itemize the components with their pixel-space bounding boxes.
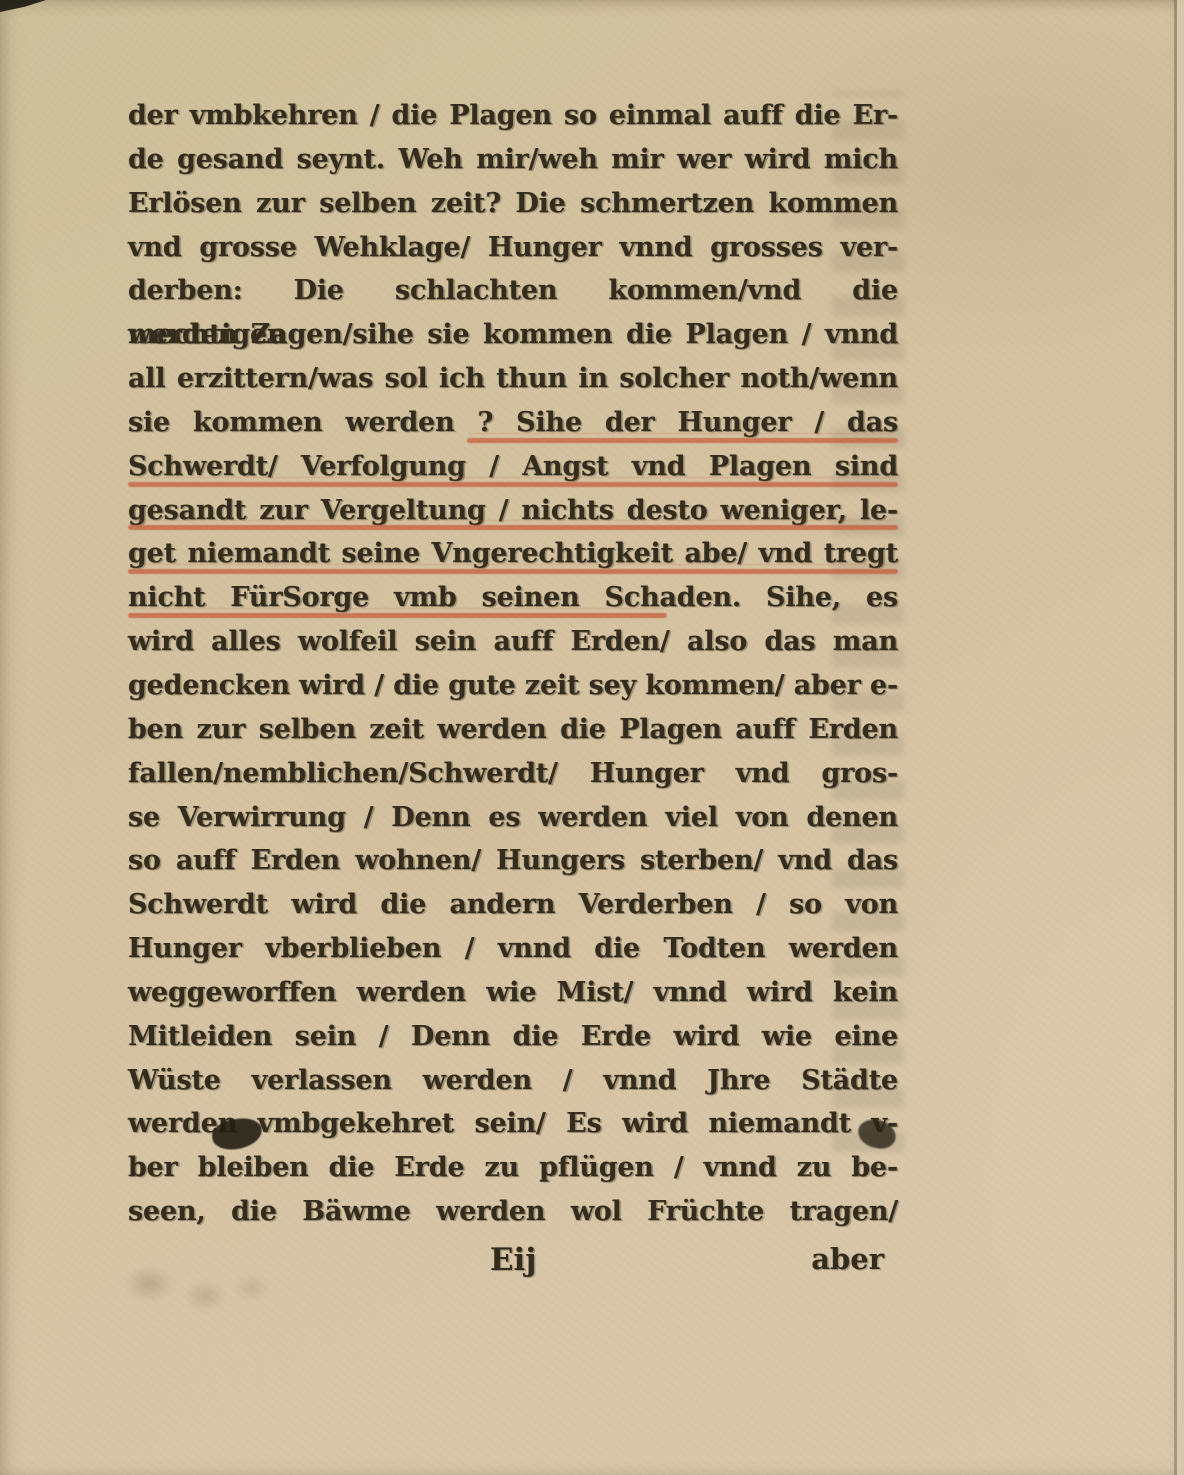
catchword: aber [811, 1242, 884, 1276]
text-line: Schwerdt wird die andern Verderben / so … [128, 883, 898, 927]
text-line: seen, die Bäwme werden wol Früchte trage… [128, 1190, 898, 1234]
text-line: Wüste verlassen werden / vnnd Jhre Städt… [128, 1059, 898, 1103]
scanned-page: der vmbkehren / die Plagen so einmal auf… [0, 0, 1184, 1475]
text-line: wird alles wolfeil sein auff Erden/ also… [128, 620, 898, 664]
text-line: Hunger vberblieben / vnnd die Todten wer… [128, 927, 898, 971]
text-line: se Verwirrung / Denn es werden viel von … [128, 796, 898, 840]
text-line: gesandt zur Vergeltung / nichts desto we… [128, 489, 898, 533]
red-underline [128, 613, 667, 618]
text-line: de gesand seynt. Weh mir/weh mir wer wir… [128, 138, 898, 182]
red-underline [128, 569, 898, 574]
text-line: fallen/nemblichen/Schwerdt/ Hunger vnd g… [128, 752, 898, 796]
text-line: ben zur selben zeit werden die Plagen au… [128, 708, 898, 752]
text-block: der vmbkehren / die Plagen so einmal auf… [128, 94, 898, 1234]
red-underline [467, 438, 898, 443]
scan-corner-artifact [0, 0, 46, 12]
text-line: Mitleiden sein / Denn die Erde wird wie … [128, 1015, 898, 1059]
text-line: vnd grosse Wehklage/ Hunger vnnd grosses… [128, 226, 898, 270]
signature-mark: Eij [490, 1242, 537, 1278]
text-line: der vmbkehren / die Plagen so einmal auf… [128, 94, 898, 138]
text-line: sie kommen werden ? Sihe der Hunger / da… [128, 401, 898, 445]
text-line: weggeworffen werden wie Mist/ vnnd wird … [128, 971, 898, 1015]
text-line: Erlösen zur selben zeit? Die schmertzen … [128, 182, 898, 226]
red-underline [128, 525, 898, 530]
text-line: ber bleiben die Erde zu pflügen / vnnd z… [128, 1146, 898, 1190]
text-line: all erzittern/was sol ich thun in solche… [128, 357, 898, 401]
page-edge-line [1174, 0, 1177, 1475]
text-line: so auff Erden wohnen/ Hungers sterben/ v… [128, 839, 898, 883]
red-underline [128, 482, 898, 487]
text-line: derben: Die schlachten kommen/vnd die me… [128, 269, 898, 313]
signature-line: Eij aber [128, 1242, 898, 1292]
text-line: werden Zagen/sihe sie kommen die Plagen … [128, 313, 898, 357]
text-line: gedencken wird / die gute zeit sey komme… [128, 664, 898, 708]
text-line: Schwerdt/ Verfolgung / Angst vnd Plagen … [128, 445, 898, 489]
text-line: nicht FürSorge vmb seinen Schaden. Sihe,… [128, 576, 898, 620]
page-edge [1177, 0, 1184, 1475]
text-line: get niemandt seine Vngerechtigkeit abe/ … [128, 532, 898, 576]
